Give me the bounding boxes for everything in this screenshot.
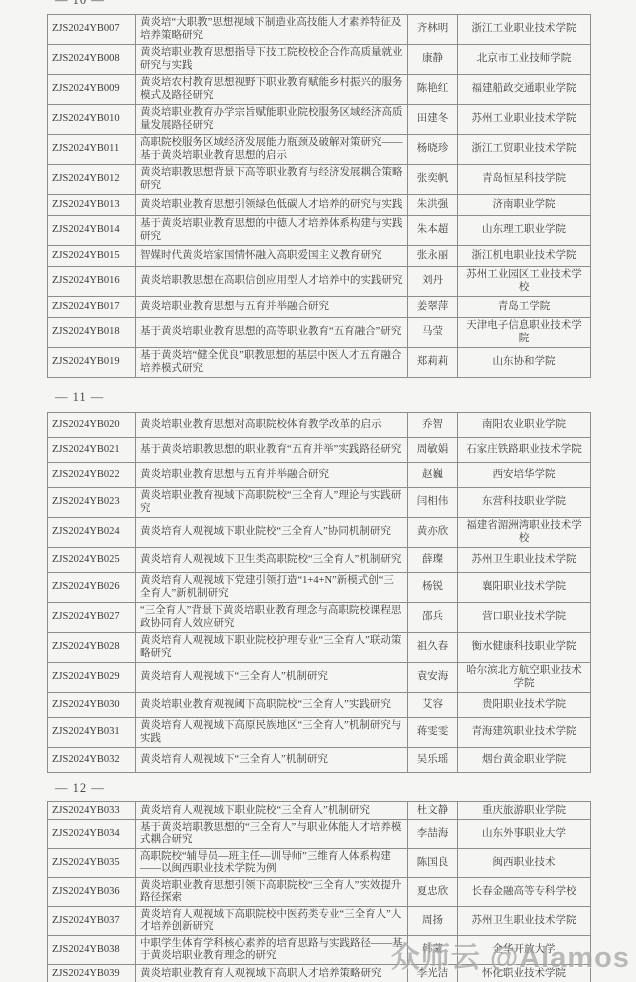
project-row: ZJS2024YB033黄炎培育人观视域下职业院校“三全育人”机制研究杜文静重庆… <box>48 802 591 820</box>
project-code: ZJS2024YB033 <box>48 802 136 820</box>
leader-name: 陈国良 <box>408 849 458 878</box>
project-row: ZJS2024YB039黄炎培职业教育育人观视域下高职人才培养策略研究李光洁怀化… <box>48 965 591 982</box>
project-code: ZJS2024YB019 <box>48 348 136 378</box>
project-row: ZJS2024YB016黄炎培职教思想在高职信创应用型人才培养中的实践研究刘丹苏… <box>48 267 591 297</box>
project-title: 黄炎培育人观视域下职业院校护理专业“三全育人”联动策略研究 <box>136 633 408 663</box>
project-title: 基于黄炎培职教思想的职业教育“五育并举”实践路径研究 <box>136 438 408 463</box>
institution-name: 闽西职业技术 <box>458 849 591 878</box>
project-row: ZJS2024YB023黄炎培职业教育视域下高职院校“三全育人”理论与实践研究闫… <box>48 488 591 518</box>
institution-name: 南阳农业职业学院 <box>458 413 591 438</box>
project-title: 黄炎培育人观视域下高原民族地区“三全育人”机制研究与实践 <box>136 718 408 748</box>
leader-name: 郑莉莉 <box>408 348 458 378</box>
project-title: 黄炎培职业教育思想与五育并举融合研究 <box>136 297 408 318</box>
project-row: ZJS2024YB009黄炎培农村教育思想视野下职业教育赋能乡村振兴的服务模式及… <box>48 75 591 105</box>
institution-name: 浙江机电职业技术学院 <box>458 246 591 267</box>
project-row: ZJS2024YB036黄炎培职业教育思想引领下高职院校“三全育人”实效提升路径… <box>48 878 591 907</box>
project-row: ZJS2024YB012黄炎培职教思想背景下高等职业教育与经济发展耦合策略研究张… <box>48 165 591 195</box>
project-code: ZJS2024YB034 <box>48 820 136 849</box>
institution-name: 金华开放大学 <box>458 936 591 965</box>
project-title: 黄炎培育人观视域下卫生类高职院校“三全育人”机制研究 <box>136 548 408 573</box>
project-title: 中职学生体育学科核心素养的培育思路与实践路径——基于黄炎培职业教育理念的研究 <box>136 936 408 965</box>
leader-name: 蒋雯雯 <box>408 718 458 748</box>
project-title: 黄炎培职业教育办学宗旨赋能职业院校服务区域经济高质量发展路径研究 <box>136 105 408 135</box>
leader-name: 薛璨 <box>408 548 458 573</box>
institution-name: 襄阳职业技术学院 <box>458 573 591 603</box>
project-row: ZJS2024YB030黄炎培职业教育观视阈下高职院校“三全育人”实践研究艾容贵… <box>48 693 591 718</box>
project-row: ZJS2024YB028黄炎培育人观视域下职业院校护理专业“三全育人”联动策略研… <box>48 633 591 663</box>
project-row: ZJS2024YB015智媒时代黄炎培家国情怀融入高职爱国主义教育研究张永丽浙江… <box>48 246 591 267</box>
project-title: 基于黄炎培职业教育思想的高等职业教育“五育融合”研究 <box>136 318 408 348</box>
project-title: 智媒时代黄炎培家国情怀融入高职爱国主义教育研究 <box>136 246 408 267</box>
leader-name: 齐林明 <box>408 15 458 45</box>
project-code: ZJS2024YB018 <box>48 318 136 348</box>
project-title: 黄炎培育人观视域下“三全育人”机制研究 <box>136 748 408 773</box>
institution-name: 东营科技职业学院 <box>458 488 591 518</box>
leader-name: 李光洁 <box>408 965 458 982</box>
leader-name: 朱洪强 <box>408 195 458 216</box>
leader-name: 祖久春 <box>408 633 458 663</box>
project-row: ZJS2024YB014基于黄炎培职业教育思想的中德人才培养体系构建与实践研究朱… <box>48 216 591 246</box>
leader-name: 姜翠萍 <box>408 297 458 318</box>
institution-name: 浙江工业职业技术学院 <box>458 15 591 45</box>
project-code: ZJS2024YB016 <box>48 267 136 297</box>
projects-table-page-11: ZJS2024YB020黄炎培职业教育思想对高职院校体育教学改革的启示乔智南阳农… <box>47 412 591 773</box>
project-title: 黄炎培职教思想背景下高等职业教育与经济发展耦合策略研究 <box>136 165 408 195</box>
project-row: ZJS2024YB034基于黄炎培职教思想的“三全育人”与职业体能人才培养模式耦… <box>48 820 591 849</box>
leader-name: 乔智 <box>408 413 458 438</box>
institution-name: 苏州工业职业技术学院 <box>458 105 591 135</box>
leader-name: 杨晓珍 <box>408 135 458 165</box>
institution-name: 石家庄铁路职业技术学院 <box>458 438 591 463</box>
leader-name: 杨锐 <box>408 573 458 603</box>
institution-name: 天津电子信息职业技术学院 <box>458 318 591 348</box>
institution-name: 烟台黄金职业学院 <box>458 748 591 773</box>
institution-name: 青岛恒星科技学院 <box>458 165 591 195</box>
project-row: ZJS2024YB035高职院校“辅导员—班主任—训导师”三维育人体系构建——以… <box>48 849 591 878</box>
project-row: ZJS2024YB029黄炎培育人观视域下“三全育人”机制研究袁安海哈尔滨北方航… <box>48 663 591 693</box>
project-code: ZJS2024YB029 <box>48 663 136 693</box>
institution-name: 山东理工职业学院 <box>458 216 591 246</box>
institution-name: 山东协和学院 <box>458 348 591 378</box>
project-code: ZJS2024YB013 <box>48 195 136 216</box>
page-number-marker-10: — 10 — <box>55 0 636 7</box>
projects-table-page-10: ZJS2024YB007黄炎培“大职教”思想视域下制造业高技能人才素养特征及培养… <box>47 14 591 378</box>
project-title: 黄炎培职业教育视域下高职院校“三全育人”理论与实践研究 <box>136 488 408 518</box>
project-row: ZJS2024YB007黄炎培“大职教”思想视域下制造业高技能人才素养特征及培养… <box>48 15 591 45</box>
project-title: 黄炎培“大职教”思想视域下制造业高技能人才素养特征及培养策略研究 <box>136 15 408 45</box>
project-code: ZJS2024YB039 <box>48 965 136 982</box>
institution-name: 苏州卫生职业技术学院 <box>458 548 591 573</box>
project-code: ZJS2024YB028 <box>48 633 136 663</box>
leader-name: 张奕帆 <box>408 165 458 195</box>
institution-name: 营口职业技术学院 <box>458 603 591 633</box>
project-row: ZJS2024YB031黄炎培育人观视域下高原民族地区“三全育人”机制研究与实践… <box>48 718 591 748</box>
project-row: ZJS2024YB018基于黄炎培职业教育思想的高等职业教育“五育融合”研究马莹… <box>48 318 591 348</box>
institution-name: 北京市工业技师学院 <box>458 45 591 75</box>
leader-name: 韩蒙 <box>408 936 458 965</box>
project-code: ZJS2024YB037 <box>48 907 136 936</box>
leader-name: 刘丹 <box>408 267 458 297</box>
leader-name: 吴乐瑶 <box>408 748 458 773</box>
page-number-marker-12: — 12 — <box>55 781 636 795</box>
project-code: ZJS2024YB023 <box>48 488 136 518</box>
project-code: ZJS2024YB020 <box>48 413 136 438</box>
project-code: ZJS2024YB008 <box>48 45 136 75</box>
institution-name: 山东外事职业大学 <box>458 820 591 849</box>
project-title: 黄炎培育人观视域下职业院校“三全育人”机制研究 <box>136 802 408 820</box>
project-code: ZJS2024YB026 <box>48 573 136 603</box>
project-code: ZJS2024YB014 <box>48 216 136 246</box>
leader-name: 张永丽 <box>408 246 458 267</box>
leader-name: 杜文静 <box>408 802 458 820</box>
project-code: ZJS2024YB011 <box>48 135 136 165</box>
project-title: 高职院校“辅导员—班主任—训导师”三维育人体系构建——以闽西职业技术学院为例 <box>136 849 408 878</box>
institution-name: 怀化职业技术学院 <box>458 965 591 982</box>
project-row: ZJS2024YB017黄炎培职业教育思想与五育并举融合研究姜翠萍青岛工学院 <box>48 297 591 318</box>
project-row: ZJS2024YB025黄炎培育人观视域下卫生类高职院校“三全育人”机制研究薛璨… <box>48 548 591 573</box>
leader-name: 陈艳红 <box>408 75 458 105</box>
project-title: 黄炎培职业教育思想对高职院校体育教学改革的启示 <box>136 413 408 438</box>
project-row: ZJS2024YB026黄炎培育人观视域下党建引领打造“1+4+N”新模式创“三… <box>48 573 591 603</box>
institution-name: 西安培华学院 <box>458 463 591 488</box>
project-title: 黄炎培职业教育思想引领绿色低碳人才培养的研究与实践 <box>136 195 408 216</box>
institution-name: 青岛工学院 <box>458 297 591 318</box>
project-code: ZJS2024YB024 <box>48 518 136 548</box>
project-title: 高职院校服务区域经济发展能力瓶颈及破解对策研究——基于黄炎培职业教育思想的启示 <box>136 135 408 165</box>
institution-name: 浙江工贸职业技术学院 <box>458 135 591 165</box>
project-title: 黄炎培职教思想在高职信创应用型人才培养中的实践研究 <box>136 267 408 297</box>
leader-name: 康静 <box>408 45 458 75</box>
project-code: ZJS2024YB030 <box>48 693 136 718</box>
project-row: ZJS2024YB019基于黄炎培“健全优良”职教思想的基层中医人才五育融合培养… <box>48 348 591 378</box>
project-code: ZJS2024YB015 <box>48 246 136 267</box>
leader-name: 袁安海 <box>408 663 458 693</box>
institution-name: 重庆旅游职业学院 <box>458 802 591 820</box>
leader-name: 闫相伟 <box>408 488 458 518</box>
leader-name: 夏忠欣 <box>408 878 458 907</box>
project-code: ZJS2024YB021 <box>48 438 136 463</box>
institution-name: 济南职业学院 <box>458 195 591 216</box>
project-row: ZJS2024YB027“三全育人”背景下黄炎培职业教育理念与高职院校课程思政协… <box>48 603 591 633</box>
project-code: ZJS2024YB025 <box>48 548 136 573</box>
project-row: ZJS2024YB038中职学生体育学科核心素养的培育思路与实践路径——基于黄炎… <box>48 936 591 965</box>
project-title: “三全育人”背景下黄炎培职业教育理念与高职院校课程思政协同育人效应研究 <box>136 603 408 633</box>
page-number-marker-11: — 11 — <box>55 390 636 404</box>
project-title: 黄炎培职业教育思想与五育并举融合研究 <box>136 463 408 488</box>
project-code: ZJS2024YB032 <box>48 748 136 773</box>
project-row: ZJS2024YB010黄炎培职业教育办学宗旨赋能职业院校服务区域经济高质量发展… <box>48 105 591 135</box>
project-title: 黄炎培职业教育观视阈下高职院校“三全育人”实践研究 <box>136 693 408 718</box>
project-code: ZJS2024YB012 <box>48 165 136 195</box>
project-code: ZJS2024YB007 <box>48 15 136 45</box>
project-row: ZJS2024YB013黄炎培职业教育思想引领绿色低碳人才培养的研究与实践朱洪强… <box>48 195 591 216</box>
institution-name: 福建船政交通职业学院 <box>458 75 591 105</box>
project-code: ZJS2024YB009 <box>48 75 136 105</box>
leader-name: 朱本超 <box>408 216 458 246</box>
project-row: ZJS2024YB011高职院校服务区域经济发展能力瓶颈及破解对策研究——基于黄… <box>48 135 591 165</box>
project-code: ZJS2024YB036 <box>48 878 136 907</box>
project-title: 黄炎培职业教育思想引领下高职院校“三全育人”实效提升路径探索 <box>136 878 408 907</box>
project-code: ZJS2024YB010 <box>48 105 136 135</box>
institution-name: 青海建筑职业技术学院 <box>458 718 591 748</box>
institution-name: 苏州卫生职业技术学院 <box>458 907 591 936</box>
leader-name: 田建冬 <box>408 105 458 135</box>
project-code: ZJS2024YB038 <box>48 936 136 965</box>
project-title: 黄炎培育人观视域下高职院校中医药类专业“三全育人”人才培养创新研究 <box>136 907 408 936</box>
institution-name: 贵阳职业技术学院 <box>458 693 591 718</box>
project-row: ZJS2024YB021基于黄炎培职教思想的职业教育“五育并举”实践路径研究周敏… <box>48 438 591 463</box>
project-title: 基于黄炎培“健全优良”职教思想的基层中医人才五育融合培养模式研究 <box>136 348 408 378</box>
project-title: 黄炎培育人观视域下“三全育人”机制研究 <box>136 663 408 693</box>
leader-name: 马莹 <box>408 318 458 348</box>
project-title: 黄炎培职业教育思想指导下技工院校校企合作高质量就业研究与实践 <box>136 45 408 75</box>
project-row: ZJS2024YB020黄炎培职业教育思想对高职院校体育教学改革的启示乔智南阳农… <box>48 413 591 438</box>
leader-name: 艾容 <box>408 693 458 718</box>
project-title: 黄炎培育人观视域下职业院校“三全育人”协同机制研究 <box>136 518 408 548</box>
project-row: ZJS2024YB024黄炎培育人观视域下职业院校“三全育人”协同机制研究黄亦欣… <box>48 518 591 548</box>
leader-name: 周敏娟 <box>408 438 458 463</box>
institution-name: 福建省湄洲湾职业技术学校 <box>458 518 591 548</box>
institution-name: 哈尔滨北方航空职业技术学院 <box>458 663 591 693</box>
leader-name: 邵兵 <box>408 603 458 633</box>
leader-name: 黄亦欣 <box>408 518 458 548</box>
institution-name: 长春金融高等专科学校 <box>458 878 591 907</box>
project-title: 黄炎培育人观视域下党建引领打造“1+4+N”新模式创“三全育人”新机制研究 <box>136 573 408 603</box>
project-code: ZJS2024YB022 <box>48 463 136 488</box>
leader-name: 李喆海 <box>408 820 458 849</box>
leader-name: 周扬 <box>408 907 458 936</box>
project-row: ZJS2024YB032黄炎培育人观视域下“三全育人”机制研究吴乐瑶烟台黄金职业… <box>48 748 591 773</box>
projects-table-page-12: ZJS2024YB033黄炎培育人观视域下职业院校“三全育人”机制研究杜文静重庆… <box>47 801 591 982</box>
leader-name: 赵巍 <box>408 463 458 488</box>
project-code: ZJS2024YB035 <box>48 849 136 878</box>
project-code: ZJS2024YB017 <box>48 297 136 318</box>
institution-name: 苏州工业园区工业技术学校 <box>458 267 591 297</box>
document-page: — 10 — ZJS2024YB007黄炎培“大职教”思想视域下制造业高技能人才… <box>0 0 636 982</box>
institution-name: 衡水健康科技职业学院 <box>458 633 591 663</box>
project-row: ZJS2024YB022黄炎培职业教育思想与五育并举融合研究赵巍西安培华学院 <box>48 463 591 488</box>
project-row: ZJS2024YB008黄炎培职业教育思想指导下技工院校校企合作高质量就业研究与… <box>48 45 591 75</box>
project-row: ZJS2024YB037黄炎培育人观视域下高职院校中医药类专业“三全育人”人才培… <box>48 907 591 936</box>
project-title: 基于黄炎培职业教育思想的中德人才培养体系构建与实践研究 <box>136 216 408 246</box>
project-title: 基于黄炎培职教思想的“三全育人”与职业体能人才培养模式耦合研究 <box>136 820 408 849</box>
project-code: ZJS2024YB027 <box>48 603 136 633</box>
project-code: ZJS2024YB031 <box>48 718 136 748</box>
project-title: 黄炎培职业教育育人观视域下高职人才培养策略研究 <box>136 965 408 982</box>
project-title: 黄炎培农村教育思想视野下职业教育赋能乡村振兴的服务模式及路径研究 <box>136 75 408 105</box>
